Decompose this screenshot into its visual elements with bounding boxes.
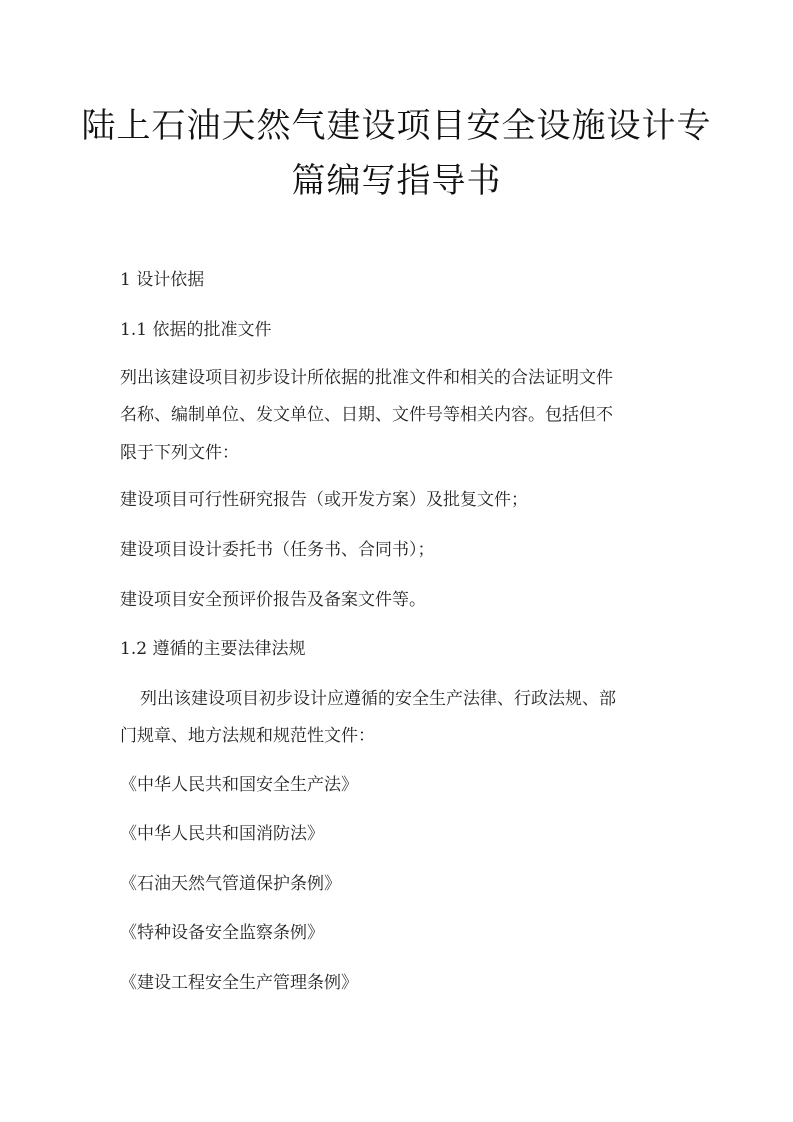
list-item: 《中华人民共和国安全生产法》 [120, 770, 358, 795]
section-heading-1-2: 1.2 遵循的主要法律法规 [120, 634, 305, 659]
list-item: 《石油天然气管道保护条例》 [120, 869, 341, 894]
list-item: 《中华人民共和国消防法》 [120, 819, 324, 844]
paragraph-line: 名称、编制单位、发文单位、日期、文件号等相关内容。包括但不 [120, 400, 613, 425]
paragraph-line: 列出该建设项目初步设计所依据的批准文件和相关的合法证明文件 [120, 363, 613, 388]
section-heading-1-1: 1.1 依据的批准文件 [120, 315, 271, 340]
paragraph-line: 限于下列文件： [120, 438, 239, 463]
document-title-line-1: 陆上石油天然气建设项目安全设施设计专 [0, 98, 793, 147]
list-item: 建设项目可行性研究报告（或开发方案）及批复文件； [120, 485, 528, 510]
list-item: 《建设工程安全生产管理条例》 [120, 968, 358, 993]
list-item: 建设项目设计委托书（任务书、合同书）； [120, 535, 435, 560]
list-item: 建设项目安全预评价报告及备案文件等。 [120, 585, 426, 610]
list-item: 《特种设备安全监察条例》 [120, 918, 324, 943]
paragraph-line: 门规章、地方法规和规范性文件： [120, 721, 375, 746]
paragraph-line: 列出该建设项目初步设计应遵循的安全生产法律、行政法规、部 [140, 684, 616, 709]
section-heading-1: 1 设计依据 [120, 265, 204, 290]
document-title-line-2: 篇编写指导书 [0, 153, 793, 202]
